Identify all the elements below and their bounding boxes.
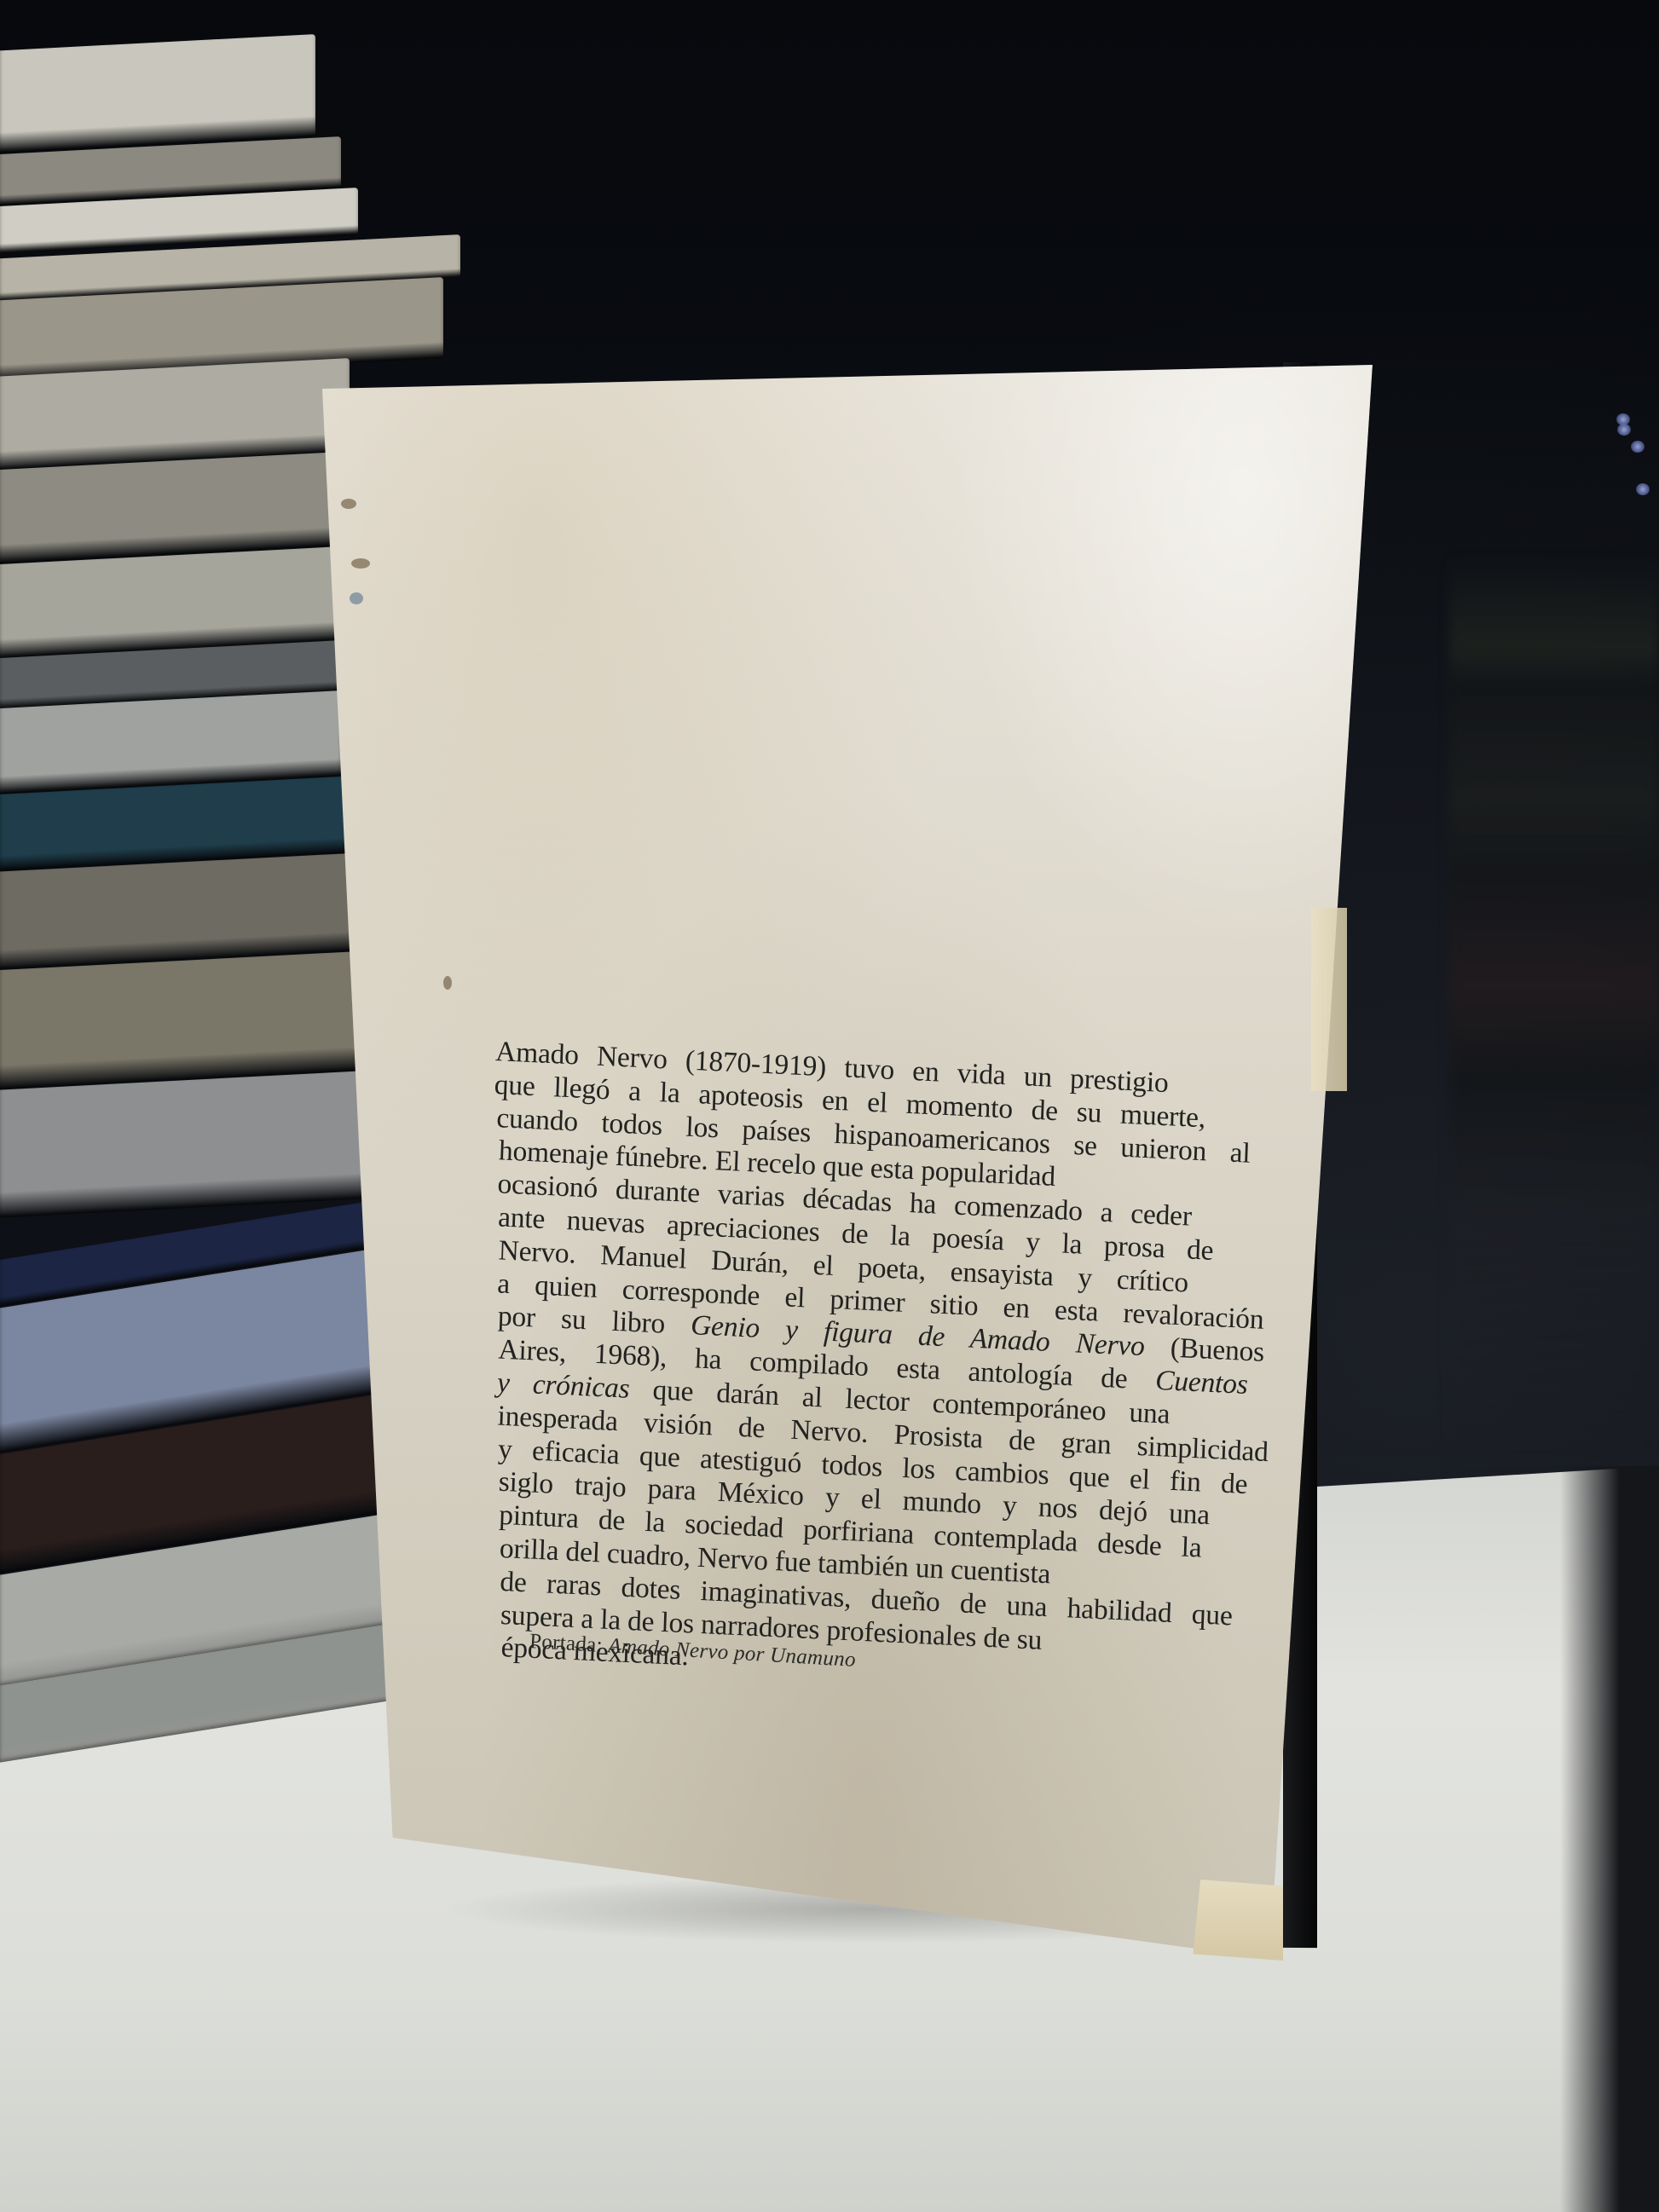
- cover-stain: [443, 976, 452, 990]
- stacked-book: [0, 1070, 384, 1218]
- stacked-book: [0, 34, 315, 153]
- cover-credit-label: Portada:: [529, 1630, 603, 1657]
- stacked-book: [0, 950, 375, 1089]
- light-reflection: [1617, 424, 1631, 436]
- tape-repair: [1189, 1880, 1283, 1961]
- stacked-book: [0, 852, 367, 970]
- cover-stain: [341, 499, 356, 509]
- light-reflection: [1636, 483, 1650, 495]
- cover-stain: [351, 558, 370, 569]
- stacked-book: [0, 690, 341, 794]
- light-reflection: [1631, 441, 1645, 453]
- stacked-book: [0, 452, 341, 563]
- back-cover-blurb: Amado Nervo (1870-1919) tuvo en vida un …: [473, 1036, 1263, 1700]
- stacked-book: [0, 546, 358, 658]
- surface-edge-shadow: [1560, 1466, 1659, 2212]
- blurred-bookshelf: [1449, 554, 1659, 1492]
- tape-repair: [1311, 908, 1347, 1091]
- cover-stain: [350, 592, 363, 604]
